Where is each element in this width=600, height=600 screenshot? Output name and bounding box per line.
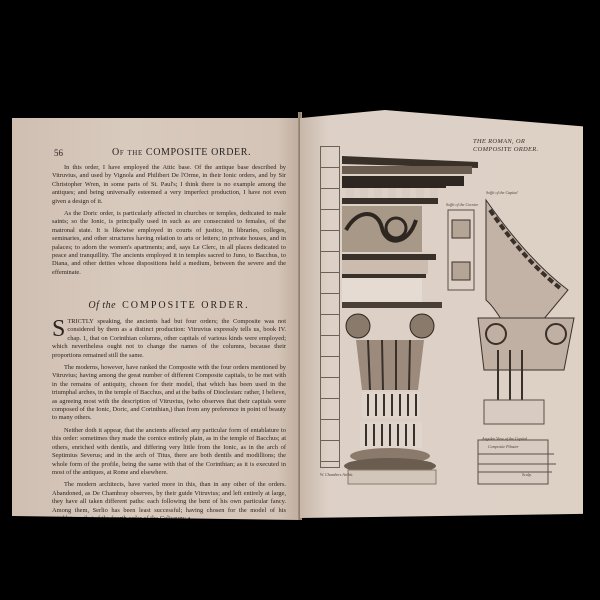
composite-order-engraving xyxy=(338,150,588,490)
plate-title-line1: THE ROMAN, OR xyxy=(473,138,573,146)
caption-soffit-capital: Soffit of the Capital xyxy=(486,190,517,195)
left-page: 56 Of the COMPOSITE ORDER. In this order… xyxy=(12,118,300,520)
page-number: 56 xyxy=(54,148,63,158)
engraver-signature-left: W. Chambers Archit. xyxy=(320,472,353,477)
section-title: Of theCOMPOSITE ORDER. xyxy=(52,300,286,311)
first-word: TRICTLY xyxy=(67,318,93,325)
module-scale xyxy=(320,146,340,468)
caption-angle-view: Angular View of the Capital xyxy=(482,436,527,441)
running-head: Of the COMPOSITE ORDER. xyxy=(112,147,251,158)
paragraph: As the Doric order, is particularly affe… xyxy=(52,210,286,277)
paragraph: In this order, I have employed the Attic… xyxy=(52,164,286,206)
catchword: composition xyxy=(52,527,286,535)
intro-text: In this order, I have employed the Attic… xyxy=(52,164,286,281)
drop-cap: S xyxy=(52,319,65,339)
plate-title: THE ROMAN, OR COMPOSITE ORDER. xyxy=(473,138,573,154)
paragraph: Neither doth it appear, that the ancient… xyxy=(52,427,286,477)
plate-title-line2: COMPOSITE ORDER. xyxy=(473,146,573,154)
section-title-text: COMPOSITE ORDER. xyxy=(122,300,250,311)
paragraph: The moderns, however, have ranked the Co… xyxy=(52,364,286,423)
section-text: STRICTLY speaking, the ancients had but … xyxy=(52,318,286,536)
caption-pilaster: Composite Pilaster xyxy=(488,444,519,449)
engraver-signature-right: Sculp. xyxy=(522,472,532,477)
caption-soffit-cornice: Soffit of the Cornice xyxy=(446,202,478,207)
paragraph: The modern architects, have varied more … xyxy=(52,481,286,523)
right-page: THE ROMAN, OR COMPOSITE ORDER. Soffit of… xyxy=(300,110,583,518)
section-title-prefix: Of the xyxy=(88,300,116,311)
